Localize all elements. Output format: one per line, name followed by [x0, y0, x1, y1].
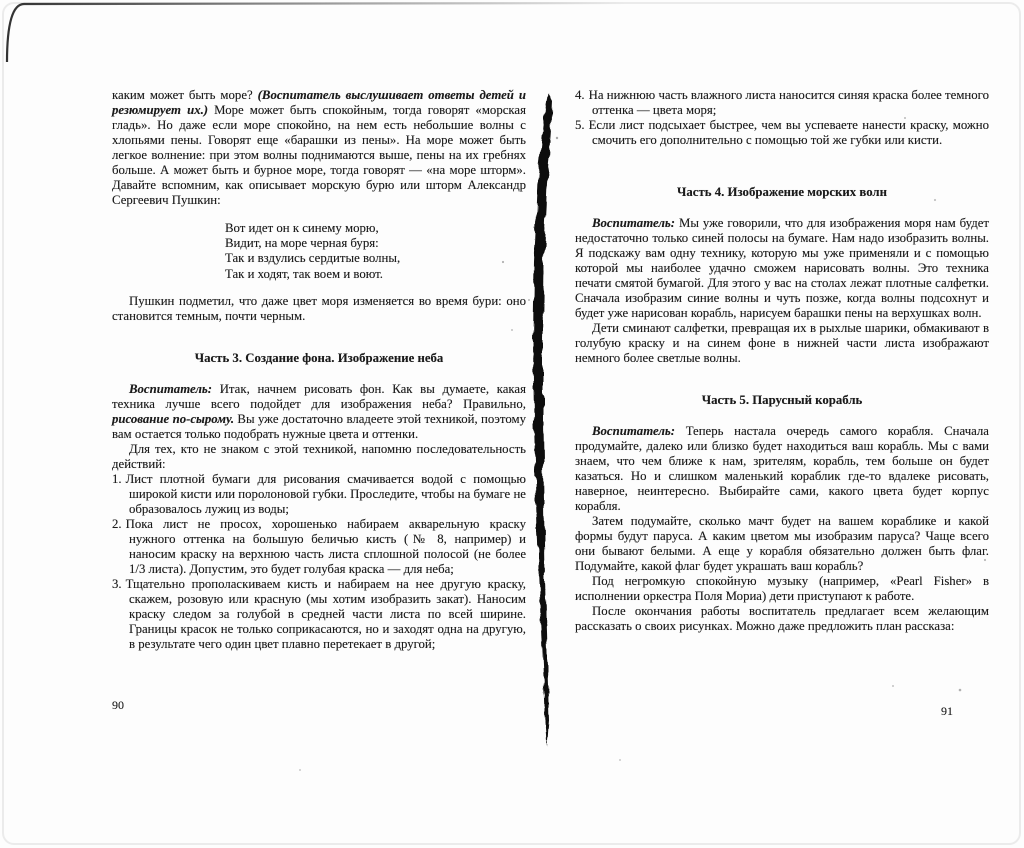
- teacher-paragraph: Воспитатель: Теперь настала очередь само…: [575, 424, 989, 514]
- book-spine-shadow: [533, 92, 552, 747]
- poem-line: Так и вздулись сердитые волны,: [225, 251, 526, 266]
- page-left: каким может быть море? (Воспитатель высл…: [112, 88, 526, 652]
- page-number-right: 91: [941, 704, 953, 719]
- after-work-paragraph: После окончания работы воспитатель предл…: [575, 604, 989, 634]
- music-paragraph: Под негромкую спокойную музыку (например…: [575, 574, 989, 604]
- teacher-label: Воспитатель:: [592, 216, 675, 230]
- scanned-book-spread: каким может быть море? (Воспитатель высл…: [0, 0, 1024, 848]
- poem-line: Так и ходят, так воем и воют.: [225, 267, 526, 282]
- masts-paragraph: Затем подумайте, сколько мачт будет на в…: [575, 514, 989, 574]
- step-item: 4.На нижнюю часть влажного листа наносит…: [575, 88, 989, 118]
- technique-term: рисование по-сырому.: [112, 412, 234, 426]
- poem-line: Вот идет он к синему морю,: [225, 221, 526, 236]
- teacher-paragraph: Воспитатель: Мы уже говорили, что для из…: [575, 216, 989, 321]
- step-number: 3.: [112, 577, 122, 591]
- part5-heading: Часть 5. Парусный корабль: [575, 393, 989, 408]
- step-number: 4.: [575, 88, 585, 102]
- page-number-left: 90: [112, 698, 124, 713]
- step-number: 1.: [112, 472, 122, 486]
- intro-paragraph: каким может быть море? (Воспитатель высл…: [112, 88, 526, 208]
- sequence-intro: Для тех, кто не знаком с этой техникой, …: [112, 442, 526, 472]
- children-action-paragraph: Дети сминают салфетки, превращая их в ры…: [575, 321, 989, 366]
- page-right: 4.На нижнюю часть влажного листа наносит…: [575, 88, 989, 634]
- part4-heading: Часть 4. Изображение морских волн: [575, 185, 989, 200]
- teacher-label: Воспитатель:: [592, 424, 675, 438]
- step-number: 5.: [575, 118, 585, 132]
- part3-heading: Часть 3. Создание фона. Изображение неба: [112, 351, 526, 366]
- step-item: 3.Тщательно прополаскиваем кисть и набир…: [112, 577, 526, 652]
- page-edge-line: [7, 3, 780, 62]
- teacher-label: Воспитатель:: [129, 382, 212, 396]
- pushkin-note: Пушкин подметил, что даже цвет моря изме…: [112, 294, 526, 324]
- pushkin-poem: Вот идет он к синему морю, Видит, на мор…: [112, 221, 526, 282]
- step-item: 2.Пока лист не просох, хорошенько набира…: [112, 517, 526, 577]
- step-item: 5.Если лист подсыхает быстрее, чем вы ус…: [575, 118, 989, 148]
- teacher-paragraph: Воспитатель: Итак, начнем рисовать фон. …: [112, 382, 526, 442]
- step-item: 1.Лист плотной бумаги для рисования смач…: [112, 472, 526, 517]
- step-number: 2.: [112, 517, 122, 531]
- poem-line: Видит, на море черная буря:: [225, 236, 526, 251]
